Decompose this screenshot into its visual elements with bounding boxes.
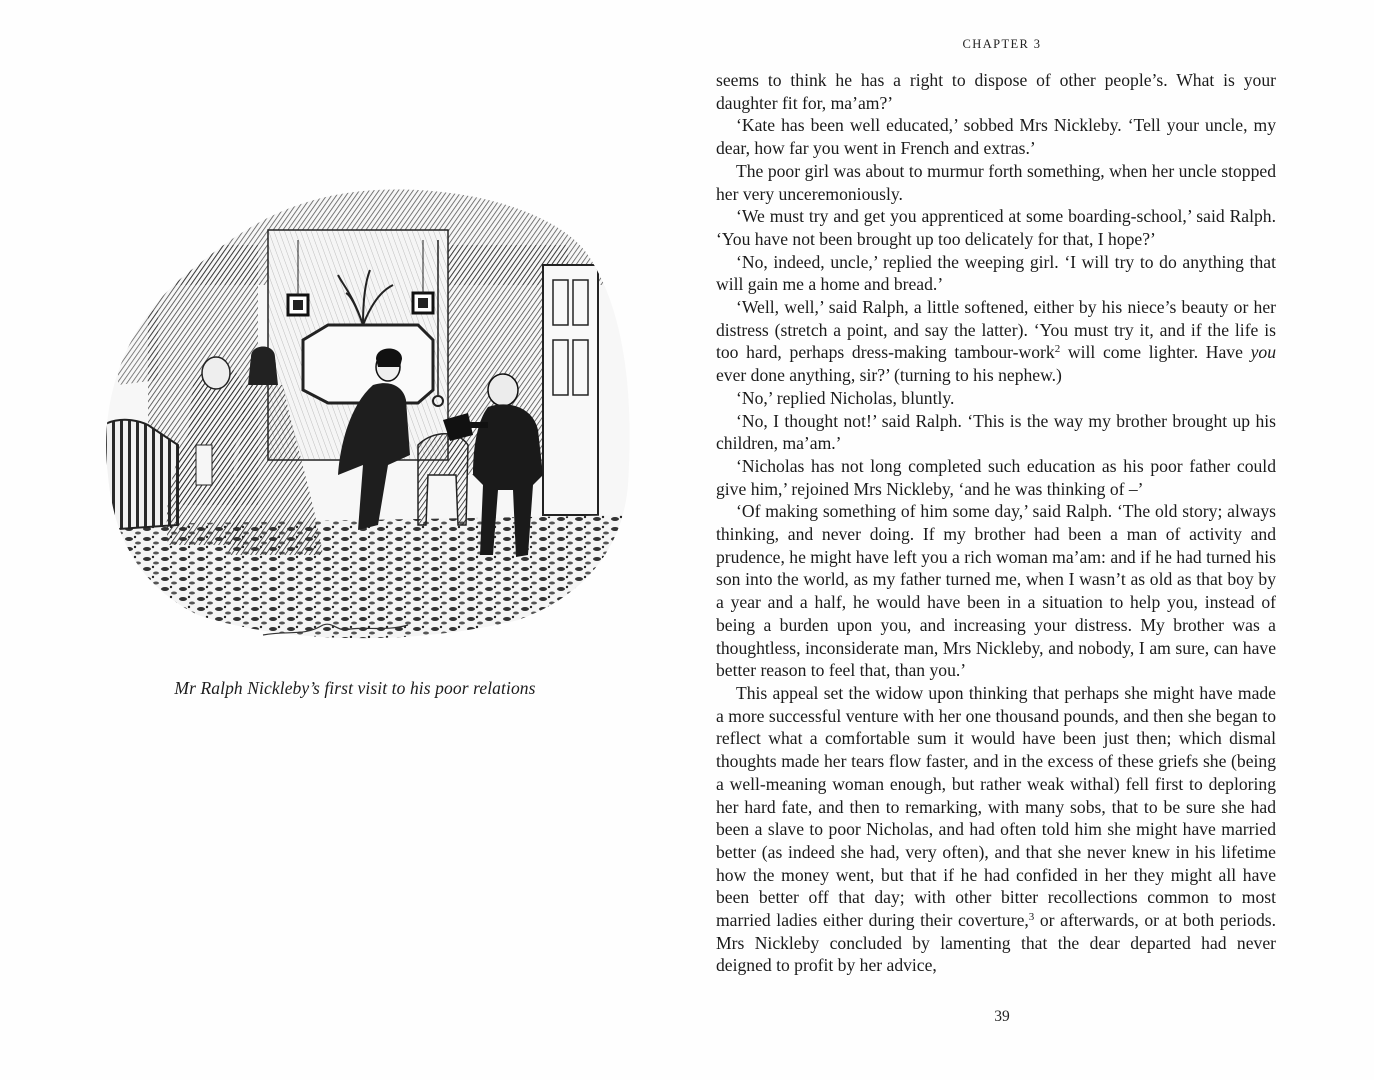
- parlour-scene-illustration: [88, 145, 636, 645]
- page-number: 39: [702, 1008, 1302, 1026]
- running-head: CHAPTER 3: [702, 37, 1302, 52]
- paragraph: ‘No, I thought not!’ said Ralph. ‘This i…: [716, 410, 1276, 455]
- illustration-caption: Mr Ralph Nickleby’s first visit to his p…: [120, 678, 590, 699]
- paragraph: ‘We must try and get you apprenticed at …: [716, 205, 1276, 250]
- text-run: will come lighter. Have: [1060, 342, 1250, 362]
- paragraph: The poor girl was about to murmur forth …: [716, 160, 1276, 205]
- engraving-illustration: [88, 145, 636, 645]
- text-run: This appeal set the widow upon thinking …: [716, 683, 1276, 930]
- text-run: ever done anything, sir?’ (turning to hi…: [716, 365, 1062, 385]
- right-page: CHAPTER 3 seems to think he has a right …: [687, 0, 1374, 1080]
- paragraph: seems to think he has a right to dispose…: [716, 69, 1276, 114]
- paragraph: ‘No,’ replied Nicholas, bluntly.: [716, 387, 1276, 410]
- paragraph: This appeal set the widow upon thinking …: [716, 682, 1276, 977]
- paragraph: ‘Well, well,’ said Ralph, a little softe…: [716, 296, 1276, 387]
- paragraph: ‘No, indeed, uncle,’ replied the weeping…: [716, 251, 1276, 296]
- body-text: seems to think he has a right to dispose…: [716, 69, 1276, 977]
- italic-emphasis: you: [1251, 342, 1276, 362]
- left-page: Mr Ralph Nickleby’s first visit to his p…: [0, 0, 687, 1080]
- book-spread: Mr Ralph Nickleby’s first visit to his p…: [0, 0, 1374, 1080]
- paragraph: ‘Kate has been well educated,’ sobbed Mr…: [716, 114, 1276, 159]
- paragraph: ‘Nicholas has not long completed such ed…: [716, 455, 1276, 500]
- paragraph: ‘Of making something of him some day,’ s…: [716, 500, 1276, 682]
